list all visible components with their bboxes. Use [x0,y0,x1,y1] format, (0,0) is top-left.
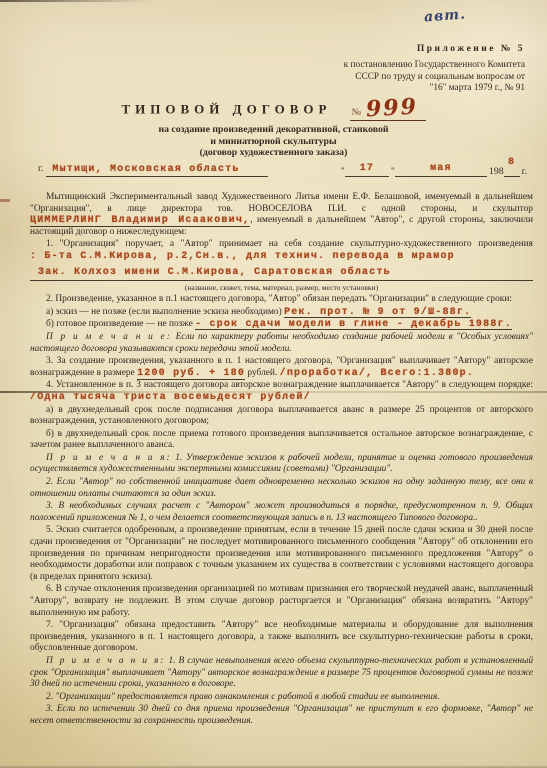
number-sign: № [352,107,362,118]
scanned-contract-page: авт. Приложение № 5 к постановлению Госу… [0,0,547,768]
scan-edge-artifact [0,0,150,2]
typed-city-value: Мытищи, Московская область [52,164,239,175]
year-suffix: г. [522,166,527,177]
clause-4-note-1: П р и м е ч а н и я: 1. Утверждение эски… [30,453,533,476]
subtitle-line-3: (договор художественного заказа) [0,147,547,158]
clause-3-rubles: рублей. [247,368,277,378]
clause-1: 1. "Организация" поручает, а "Автор" при… [30,239,533,262]
note-label: П р и м е ч а н и е: [46,332,172,342]
artwork-customer-line: Зак. Колхоз имени С.М.Кирова, Саратовска… [30,264,533,282]
clause-7: 7. "Организация" обязана предоставить "А… [30,620,533,655]
decree-line-3: "16" марта 1979 г., № 91 [344,83,525,95]
clause-7-note-2: 2. "Организации" предоставляется право о… [30,692,533,704]
decree-line-2: СССР по труду и социальным вопросам от [344,72,525,84]
month-field: мая [395,163,487,177]
clause-4-item-a: а) в двухнедельный срок после подписания… [30,405,533,428]
typed-fee-amount: 1200 руб. + 180 [137,368,245,380]
typed-work-deadline: - срок сдачи модели в глине - декабрь 19… [195,319,512,330]
notes-label: П р и м е ч а н и я: [46,453,172,463]
clause-3: 3. За создание произведения, указанного … [30,356,533,379]
contract-body: Мытищинский Экспериментальный завод Худо… [30,192,533,729]
typed-author-name: ЦИММЕРЛИНГ Владимир Исаакович, [30,215,250,227]
typed-customer: Зак. Колхоз имени С.М.Кирова, Саратовска… [38,267,391,278]
typed-artwork-description: : Б-та С.М.Кирова, р.2,Сн.в., для технич… [30,251,455,262]
clause-4-note-3: 3. В необходимых случаях расчет с "Автор… [30,501,533,524]
contract-number-field: № 999 [350,98,426,121]
city-prefix: г. [38,163,43,174]
typed-sketch-deadline: Рек. прот. № 9 от 9/Ш-88г. [284,307,471,318]
typed-fee-total: /проработка/, Всего:1.380р. [280,368,474,379]
clause-4: 4. Установленное в п. 3 настоящего догов… [30,380,533,403]
clause-7-note-1: П р и м е ч а н и я: 1. В случае невыпол… [30,656,533,691]
city-field: Мытищи, Московская область [46,163,268,177]
subtitle-line-2: и миниатюрной скульптуры [0,136,547,147]
decree-reference: к постановлению Государственного Комитет… [344,60,525,95]
work-deadline-field: - срок сдачи модели в глине - декабрь 19… [195,319,512,330]
typed-month: мая [430,163,452,174]
clause-5: 5. Эскиз считается одобренным, а произве… [30,525,533,583]
document-title: ТИПОВОЙ ДОГОВОР [122,102,332,117]
clause-2-item-b: б) готовое произведение — не позже - сро… [30,319,533,331]
clause-6: 6. В случае отклонения произведения орга… [30,584,533,619]
place-and-date-row: г.Мытищи, Московская область "17"мая1988… [38,163,527,185]
handwritten-contract-number: 999 [365,97,418,120]
clause-2-note: П р и м е ч а н и е: Если по характеру р… [30,332,533,355]
clause-4-note-2: 2. Если "Автор" по собственной инициатив… [30,477,533,500]
clause-1-text: 1. "Организация" поручает, а "Автор" при… [46,239,533,249]
intro-text-before: Мытищинский Экспериментальный завод Худо… [30,192,533,214]
date-fields: "17"мая1988г. [341,163,527,177]
year-prefix: 198 [489,166,504,177]
clause-2-item-a: а) эскиз — не позже (если выполнение эск… [30,307,533,319]
intro-paragraph: Мытищинский Экспериментальный завод Худо… [30,192,533,238]
item-a-label: а) эскиз — не позже (если выполнение эск… [46,307,282,317]
scan-mark-artifact [0,199,10,202]
item-b-label: б) готовое произведение — не позже [46,319,193,329]
handwritten-note: авт. [423,7,466,26]
clause-4-item-b: б) в двухнедельный срок после приема гот… [30,429,533,452]
decree-line-1: к постановлению Государственного Комитет… [344,60,525,72]
year-digit-field: 8 [504,163,520,177]
appendix-heading: Приложение № 5 [417,44,525,54]
day-field: 17 [345,163,389,177]
field-caption: (название, сюжет, тема, материал, размер… [30,283,533,292]
notes-label: П р и м е ч а н и я: [46,656,165,666]
clause-4-text: 4. Установленное в п. 3 настоящего догов… [46,380,533,390]
typed-year-digit: 8 [508,157,515,168]
subtitle-line-1: на создание произведений декоративной, с… [0,124,547,135]
document-title-row: ТИПОВОЙ ДОГОВОР № 999 [0,98,547,121]
sketch-deadline-field: Рек. прот. № 9 от 9/Ш-88г. [284,307,471,318]
typed-day: 17 [360,163,374,174]
typed-amount-in-words: /Одна тысяча триста восемьдесят рублей/ [30,392,311,403]
clause-7-note-3: 3. Если по истечении 30 дней со дня прие… [30,704,533,727]
clause-2: 2. Произведение, указанное в п.1 настоящ… [30,294,533,306]
